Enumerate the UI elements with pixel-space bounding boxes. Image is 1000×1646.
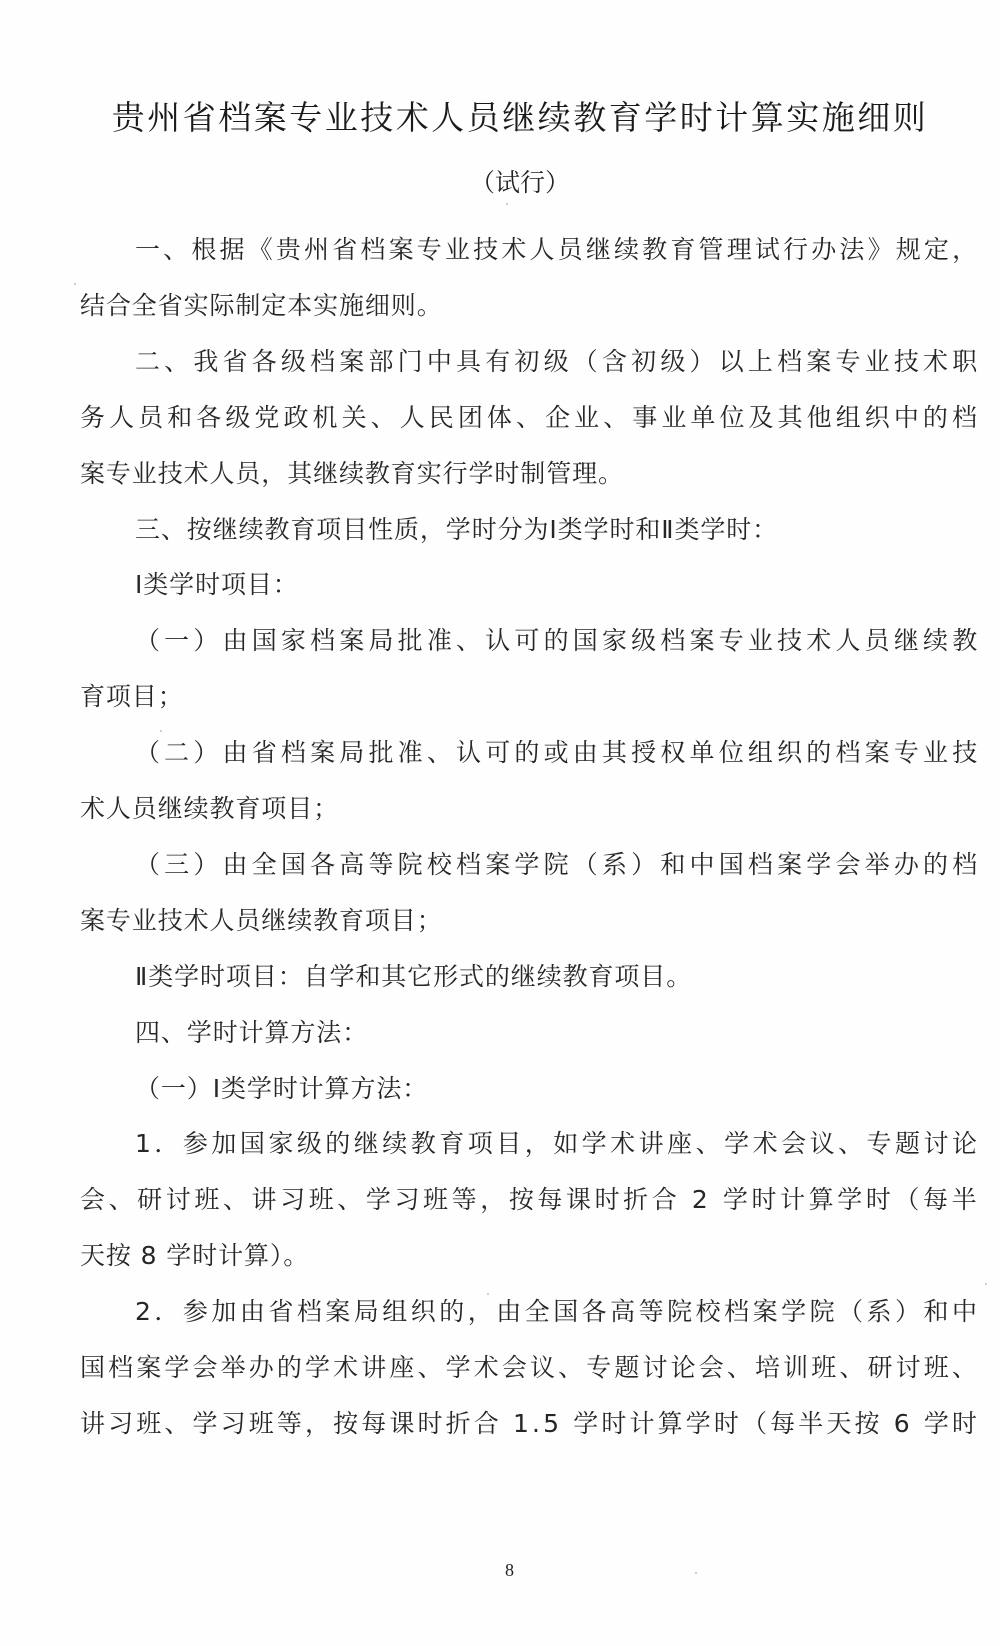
scan-speck xyxy=(985,1283,987,1285)
page-number: 8 xyxy=(505,1558,514,1582)
scan-speck xyxy=(160,730,162,732)
body-line: 二、我省各级档案部门中具有初级（含初级）以上档案专业技术职 xyxy=(135,345,981,379)
body-line: （二）由省档案局批准、认可的或由其授权单位组织的档案专业技 xyxy=(135,736,981,770)
body-line: 2．参加由省档案局组织的，由全国各高等院校档案学院（系）和中 xyxy=(135,1295,981,1329)
body-line: （一）Ⅰ类学时计算方法： xyxy=(135,1072,428,1106)
body-line: 天按 8 学时计算）。 xyxy=(80,1239,309,1273)
scan-speck xyxy=(695,1572,697,1574)
body-line: 国档案学会举办的学术讲座、学术会议、专题讨论会、培训班、研讨班、 xyxy=(80,1351,980,1385)
body-line: Ⅱ类学时项目：自学和其它形式的继续教育项目。 xyxy=(135,960,692,994)
body-line: 1．参加国家级的继续教育项目，如学术讲座、学术会议、专题讨论 xyxy=(135,1127,981,1161)
body-line: Ⅰ类学时项目： xyxy=(135,568,299,602)
body-line: 案专业技术人员继续教育项目； xyxy=(80,904,443,938)
document-title: 贵州省档案专业技术人员继续教育学时计算实施细则 xyxy=(0,96,1000,140)
body-line: 会、研讨班、讲习班、学习班等，按每课时折合 2 学时计算学时（每半 xyxy=(80,1183,980,1217)
body-line: 讲习班、学习班等，按每课时折合 1.5 学时计算学时（每半天按 6 学时 xyxy=(80,1407,980,1441)
body-line: 三、按继续教育项目性质，学时分为Ⅰ类学时和Ⅱ类学时： xyxy=(135,513,778,547)
document-subtitle: （试行） xyxy=(0,165,1000,201)
document-page: 贵州省档案专业技术人员继续教育学时计算实施细则 （试行） 一、根据《贵州省档案专… xyxy=(0,0,1000,1646)
body-line: 一、根据《贵州省档案专业技术人员继续教育管理试行办法》规定， xyxy=(135,233,980,267)
scan-speck xyxy=(506,203,508,205)
scan-speck xyxy=(74,283,76,285)
body-line: 四、学时计算方法： xyxy=(135,1016,368,1050)
scan-speck xyxy=(487,1293,489,1295)
body-line: 案专业技术人员，其继续教育实行学时制管理。 xyxy=(80,457,624,491)
body-line: （三）由全国各高等院校档案学院（系）和中国档案学会举办的档 xyxy=(135,848,981,882)
body-line: 结合全省实际制定本实施细则。 xyxy=(80,289,443,323)
body-line: 务人员和各级党政机关、人民团体、企业、事业单位及其他组织中的档 xyxy=(80,401,981,435)
body-line: 育项目； xyxy=(80,680,184,714)
body-line: 术人员继续教育项目； xyxy=(80,792,339,826)
body-line: （一）由国家档案局批准、认可的国家级档案专业技术人员继续教 xyxy=(135,624,981,658)
